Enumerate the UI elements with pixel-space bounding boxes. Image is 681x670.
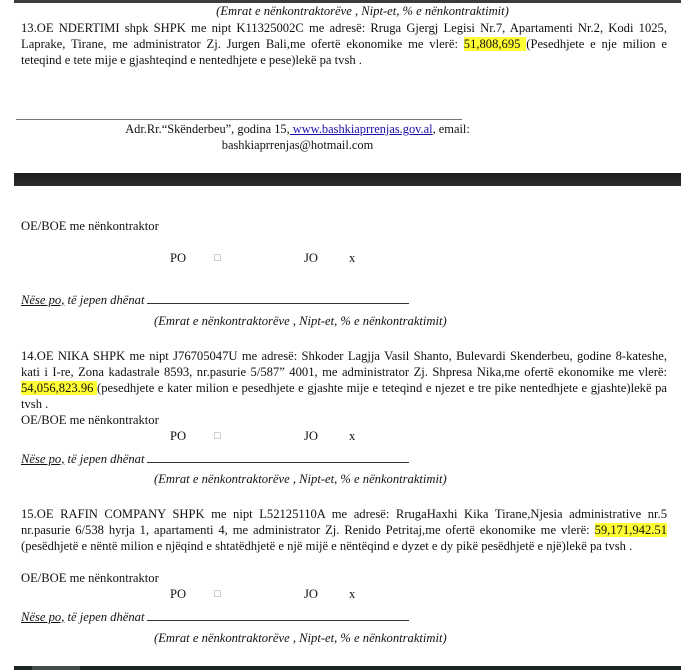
offer-13: 13.OE NDERTIMI shpk SHPK me nipt K113250… [21, 20, 667, 68]
details-line: Nëse po, të jepen dhënat [21, 291, 409, 308]
details-line: Nëse po, të jepen dhënat [21, 450, 409, 467]
details-line: Nëse po, të jepen dhënat [21, 608, 409, 625]
jo-mark: x [349, 250, 355, 266]
offer-14-value: 54,056,823.96 [21, 381, 97, 395]
jo-mark: x [349, 586, 355, 602]
website-link[interactable]: www.bashkiaprrenjas.gov.al [290, 122, 433, 136]
subcontractor-caption: (Emrat e nënkontraktorëve , Nipt-et, % e… [154, 630, 447, 646]
offer-13-value: 51,808,695 [464, 37, 526, 51]
jo-label: JO [304, 586, 318, 602]
jo-mark: x [349, 428, 355, 444]
footer-rule [16, 119, 462, 120]
page-break-bar [14, 173, 681, 186]
po-checkbox[interactable]: □ [214, 428, 221, 444]
offer-14: 14.OE NIKA SHPK me nipt J76705047U me ad… [21, 348, 667, 412]
bottom-scrollbar[interactable] [14, 666, 681, 670]
subcontractor-label: OE/BOE me nënkontraktor [21, 218, 159, 234]
offer-15: 15.OE RAFIN COMPANY SHPK me nipt L521251… [21, 506, 667, 554]
jo-label: JO [304, 250, 318, 266]
po-label: PO [170, 250, 186, 266]
subcontractor-caption: (Emrat e nënkontraktorëve , Nipt-et, % e… [154, 471, 447, 487]
details-blank-field[interactable] [147, 608, 409, 621]
scrollbar-thumb[interactable] [32, 666, 80, 670]
po-label: PO [170, 428, 186, 444]
offer-15-value: 59,171,942.51 [595, 523, 667, 537]
subcontractor-label: OE/BOE me nënkontraktor [21, 570, 159, 586]
page-footer: Adr.Rr.“Skënderbeu”, godina 15, www.bash… [14, 121, 681, 153]
po-label: PO [170, 586, 186, 602]
subcontractor-label: OE/BOE me nënkontraktor [21, 412, 159, 428]
subcontractor-caption: (Emrat e nënkontraktorëve , Nipt-et, % e… [14, 3, 681, 19]
details-blank-field[interactable] [147, 450, 409, 463]
po-checkbox[interactable]: □ [214, 250, 221, 266]
jo-label: JO [304, 428, 318, 444]
subcontractor-caption: (Emrat e nënkontraktorëve , Nipt-et, % e… [154, 313, 447, 329]
po-checkbox[interactable]: □ [214, 586, 221, 602]
details-blank-field[interactable] [147, 291, 409, 304]
